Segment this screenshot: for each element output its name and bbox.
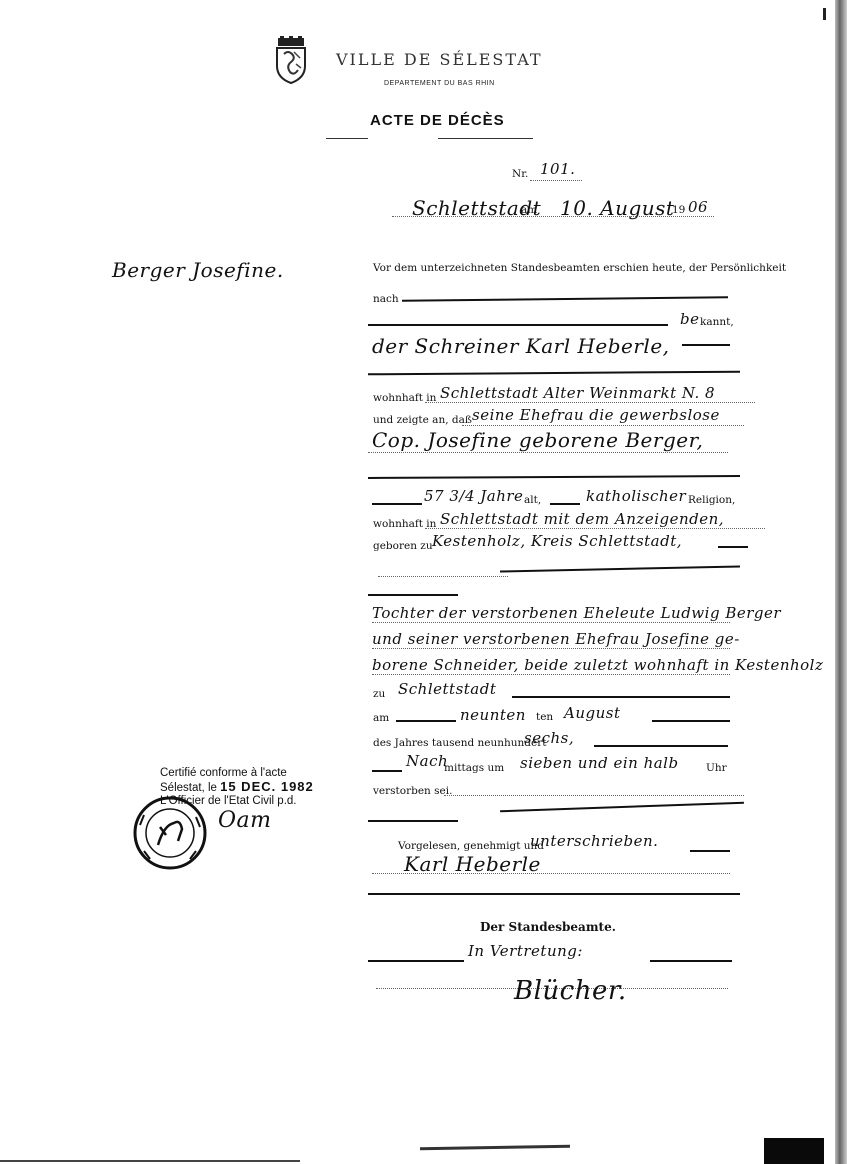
section-divider-5 — [368, 893, 740, 895]
am-label: am — [373, 712, 389, 724]
born-line-2 — [378, 576, 508, 577]
deceased-line — [368, 452, 728, 453]
certification-place: Sélestat, le — [160, 782, 217, 794]
read-tail-line — [690, 850, 730, 852]
document-title: ACTE DE DÉCÈS — [370, 112, 505, 129]
scan-bottom-mark — [420, 1145, 570, 1151]
death-day: neunten — [460, 706, 526, 724]
age-value: 57 3/4 Jahre — [424, 487, 523, 505]
scan-mark — [823, 8, 826, 20]
nach-line — [402, 296, 728, 301]
residence2-line — [425, 528, 765, 529]
official-signature: Blücher. — [514, 976, 627, 1006]
death-day-lead-line — [396, 720, 456, 722]
official-deputy: In Vertretung: — [468, 942, 583, 960]
religion-label: Religion, — [688, 494, 735, 506]
year-prefix: 19 — [672, 204, 685, 216]
uhr-label: Uhr — [706, 762, 727, 774]
official-lead-line — [368, 960, 464, 962]
scan-page-edge — [835, 0, 847, 1164]
parents-line-3: borene Schneider, beide zuletzt wohnhaft… — [372, 656, 823, 674]
verstorben-line — [444, 795, 744, 796]
death-month-tail-line — [652, 720, 730, 722]
record-number-line — [530, 180, 582, 181]
section-divider-2 — [368, 475, 740, 479]
certification-signature: Oam — [218, 808, 272, 833]
department-subtitle: DEPARTEMENT DU BAS RHIN — [384, 80, 495, 87]
death-place-line — [512, 696, 730, 698]
nach-label: nach — [373, 293, 399, 305]
informant-signature-line — [372, 873, 730, 874]
religion-value: katholischer — [586, 487, 686, 505]
certification-date: 15 DEC. 1982 — [220, 779, 314, 794]
intro-text: Vor dem unterzeichneten Standesbeamten e… — [373, 262, 786, 274]
section-divider-4 — [500, 802, 744, 813]
born-value: Kestenholz, Kreis Schlettstadt, — [432, 532, 682, 550]
death-place: Schlettstadt — [398, 680, 496, 698]
registration-year: 06 — [688, 198, 708, 216]
parents-top-line — [368, 594, 458, 596]
age-label: alt, — [524, 494, 541, 506]
title-underline-center — [438, 138, 533, 139]
religion-lead-line — [550, 503, 580, 505]
time-lead-line — [372, 770, 402, 772]
official-title: Der Standesbeamte. — [480, 920, 616, 934]
date-am-label: am — [521, 204, 537, 216]
date-line — [392, 216, 714, 217]
residence2-value: Schlettstadt mit dem Anzeigenden, — [440, 510, 724, 528]
coat-of-arms-icon — [274, 36, 308, 84]
residence-value: Schlettstadt Alter Weinmarkt N. 8 — [440, 384, 715, 402]
declared-value: seine Ehefrau die gewerbslose — [472, 406, 720, 424]
read-value: unterschrieben. — [530, 832, 658, 850]
official-seal-icon — [130, 795, 210, 870]
title-underline-left — [326, 138, 368, 139]
deceased-name: Cop. Josefine geborene Berger, — [372, 428, 703, 452]
zu-label: zu — [373, 688, 385, 700]
official-tail-line — [650, 960, 732, 962]
parents-line-3-rule — [372, 674, 730, 675]
born-label: geboren zu — [373, 540, 433, 552]
declared-label: und zeigte an, daß — [373, 414, 472, 426]
death-time: sieben und ein halb — [520, 754, 679, 772]
year-text-label: des Jahres tausend neunhundert — [373, 737, 546, 749]
parents-line-2-rule — [372, 648, 730, 649]
section-divider-1 — [368, 371, 740, 376]
record-number: 101. — [540, 160, 575, 178]
residence-line — [425, 402, 755, 403]
death-year: sechs, — [524, 729, 574, 747]
parents-line-1: Tochter der verstorbenen Eheleute Ludwig… — [372, 604, 781, 622]
verstorben-label: verstorben sei. — [373, 785, 452, 797]
age-lead-line — [372, 503, 422, 505]
parents-line-1-rule — [372, 622, 730, 623]
kannt-label: kannt, — [700, 316, 734, 328]
margin-deceased-name: Berger Josefine. — [112, 258, 284, 282]
declared-line — [462, 425, 744, 426]
certification-line-1: Certifié conforme à l'acte — [160, 766, 287, 780]
kannt-prefix: be — [680, 310, 699, 328]
informant-name: der Schreiner Karl Heberle, — [372, 334, 670, 358]
death-month: August — [564, 704, 620, 722]
read-top-line — [368, 820, 458, 822]
scan-binding-shadow — [764, 1138, 824, 1164]
read-label: Vorgelesen, genehmigt und — [398, 840, 544, 852]
section-divider-3 — [500, 565, 740, 572]
kannt-line — [368, 324, 668, 326]
city-title: VILLE DE SÉLESTAT — [336, 50, 543, 69]
scan-bottom-edge — [0, 1160, 300, 1162]
ten-label: ten — [536, 711, 553, 723]
informant-tail-line — [682, 344, 730, 346]
mittags-label: mittags um — [444, 762, 504, 774]
record-number-label: Nr. — [512, 168, 528, 180]
death-year-tail-line — [594, 745, 728, 747]
time-prefix: Nach — [406, 752, 448, 770]
born-tail-line — [718, 546, 748, 548]
parents-line-2: und seiner verstorbenen Ehefrau Josefine… — [372, 630, 740, 648]
